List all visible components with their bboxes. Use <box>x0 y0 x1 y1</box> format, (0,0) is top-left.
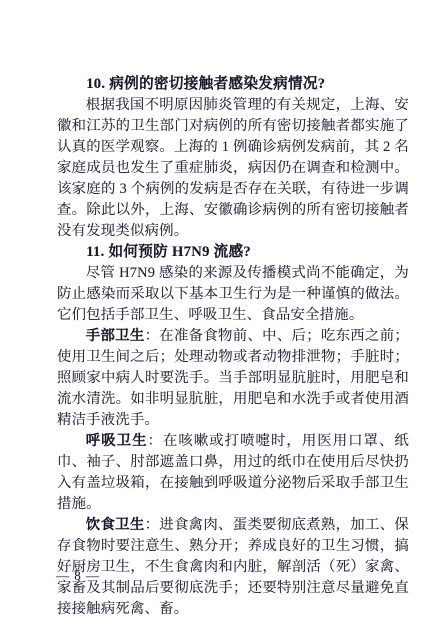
paragraph-hand-hygiene: 手部卫生：在准备食物前、中、后；吃东西之前；使用卫生间之后；处理动物或者动物排泄… <box>57 326 409 431</box>
food-hygiene-lead: 饮食卫生 <box>86 517 145 533</box>
paragraph-prevention-intro: 尽管 H7N9 感染的来源及传播模式尚不能确定，为防止感染而采取以下基本卫生行为… <box>57 263 409 326</box>
document-page: 10. 病例的密切接触者感染发病情况? 根据我国不明原因肺炎管理的有关规定，上海… <box>0 0 448 630</box>
section-heading-10: 10. 病例的密切接触者感染发病情况? <box>57 74 409 95</box>
respiratory-hygiene-lead: 呼吸卫生 <box>86 433 148 449</box>
paragraph-close-contacts: 根据我国不明原因肺炎管理的有关规定，上海、安徽和江苏的卫生部门对病例的所有密切接… <box>57 95 409 242</box>
paragraph-food-hygiene: 饮食卫生：进食禽肉、蛋类要彻底煮熟，加工、保存食物时要注意生、熟分开；养成良好的… <box>57 515 409 620</box>
paragraph-respiratory-hygiene: 呼吸卫生：在咳嗽或打喷嚏时，用医用口罩、纸巾、袖子、肘部遮盖口鼻，用过的纸巾在使… <box>57 431 409 515</box>
page-number: — 8 — <box>56 568 100 584</box>
document-body: 10. 病例的密切接触者感染发病情况? 根据我国不明原因肺炎管理的有关规定，上海… <box>57 74 409 620</box>
hand-hygiene-lead: 手部卫生 <box>86 328 145 344</box>
section-heading-11: 11. 如何预防 H7N9 流感? <box>57 242 409 263</box>
